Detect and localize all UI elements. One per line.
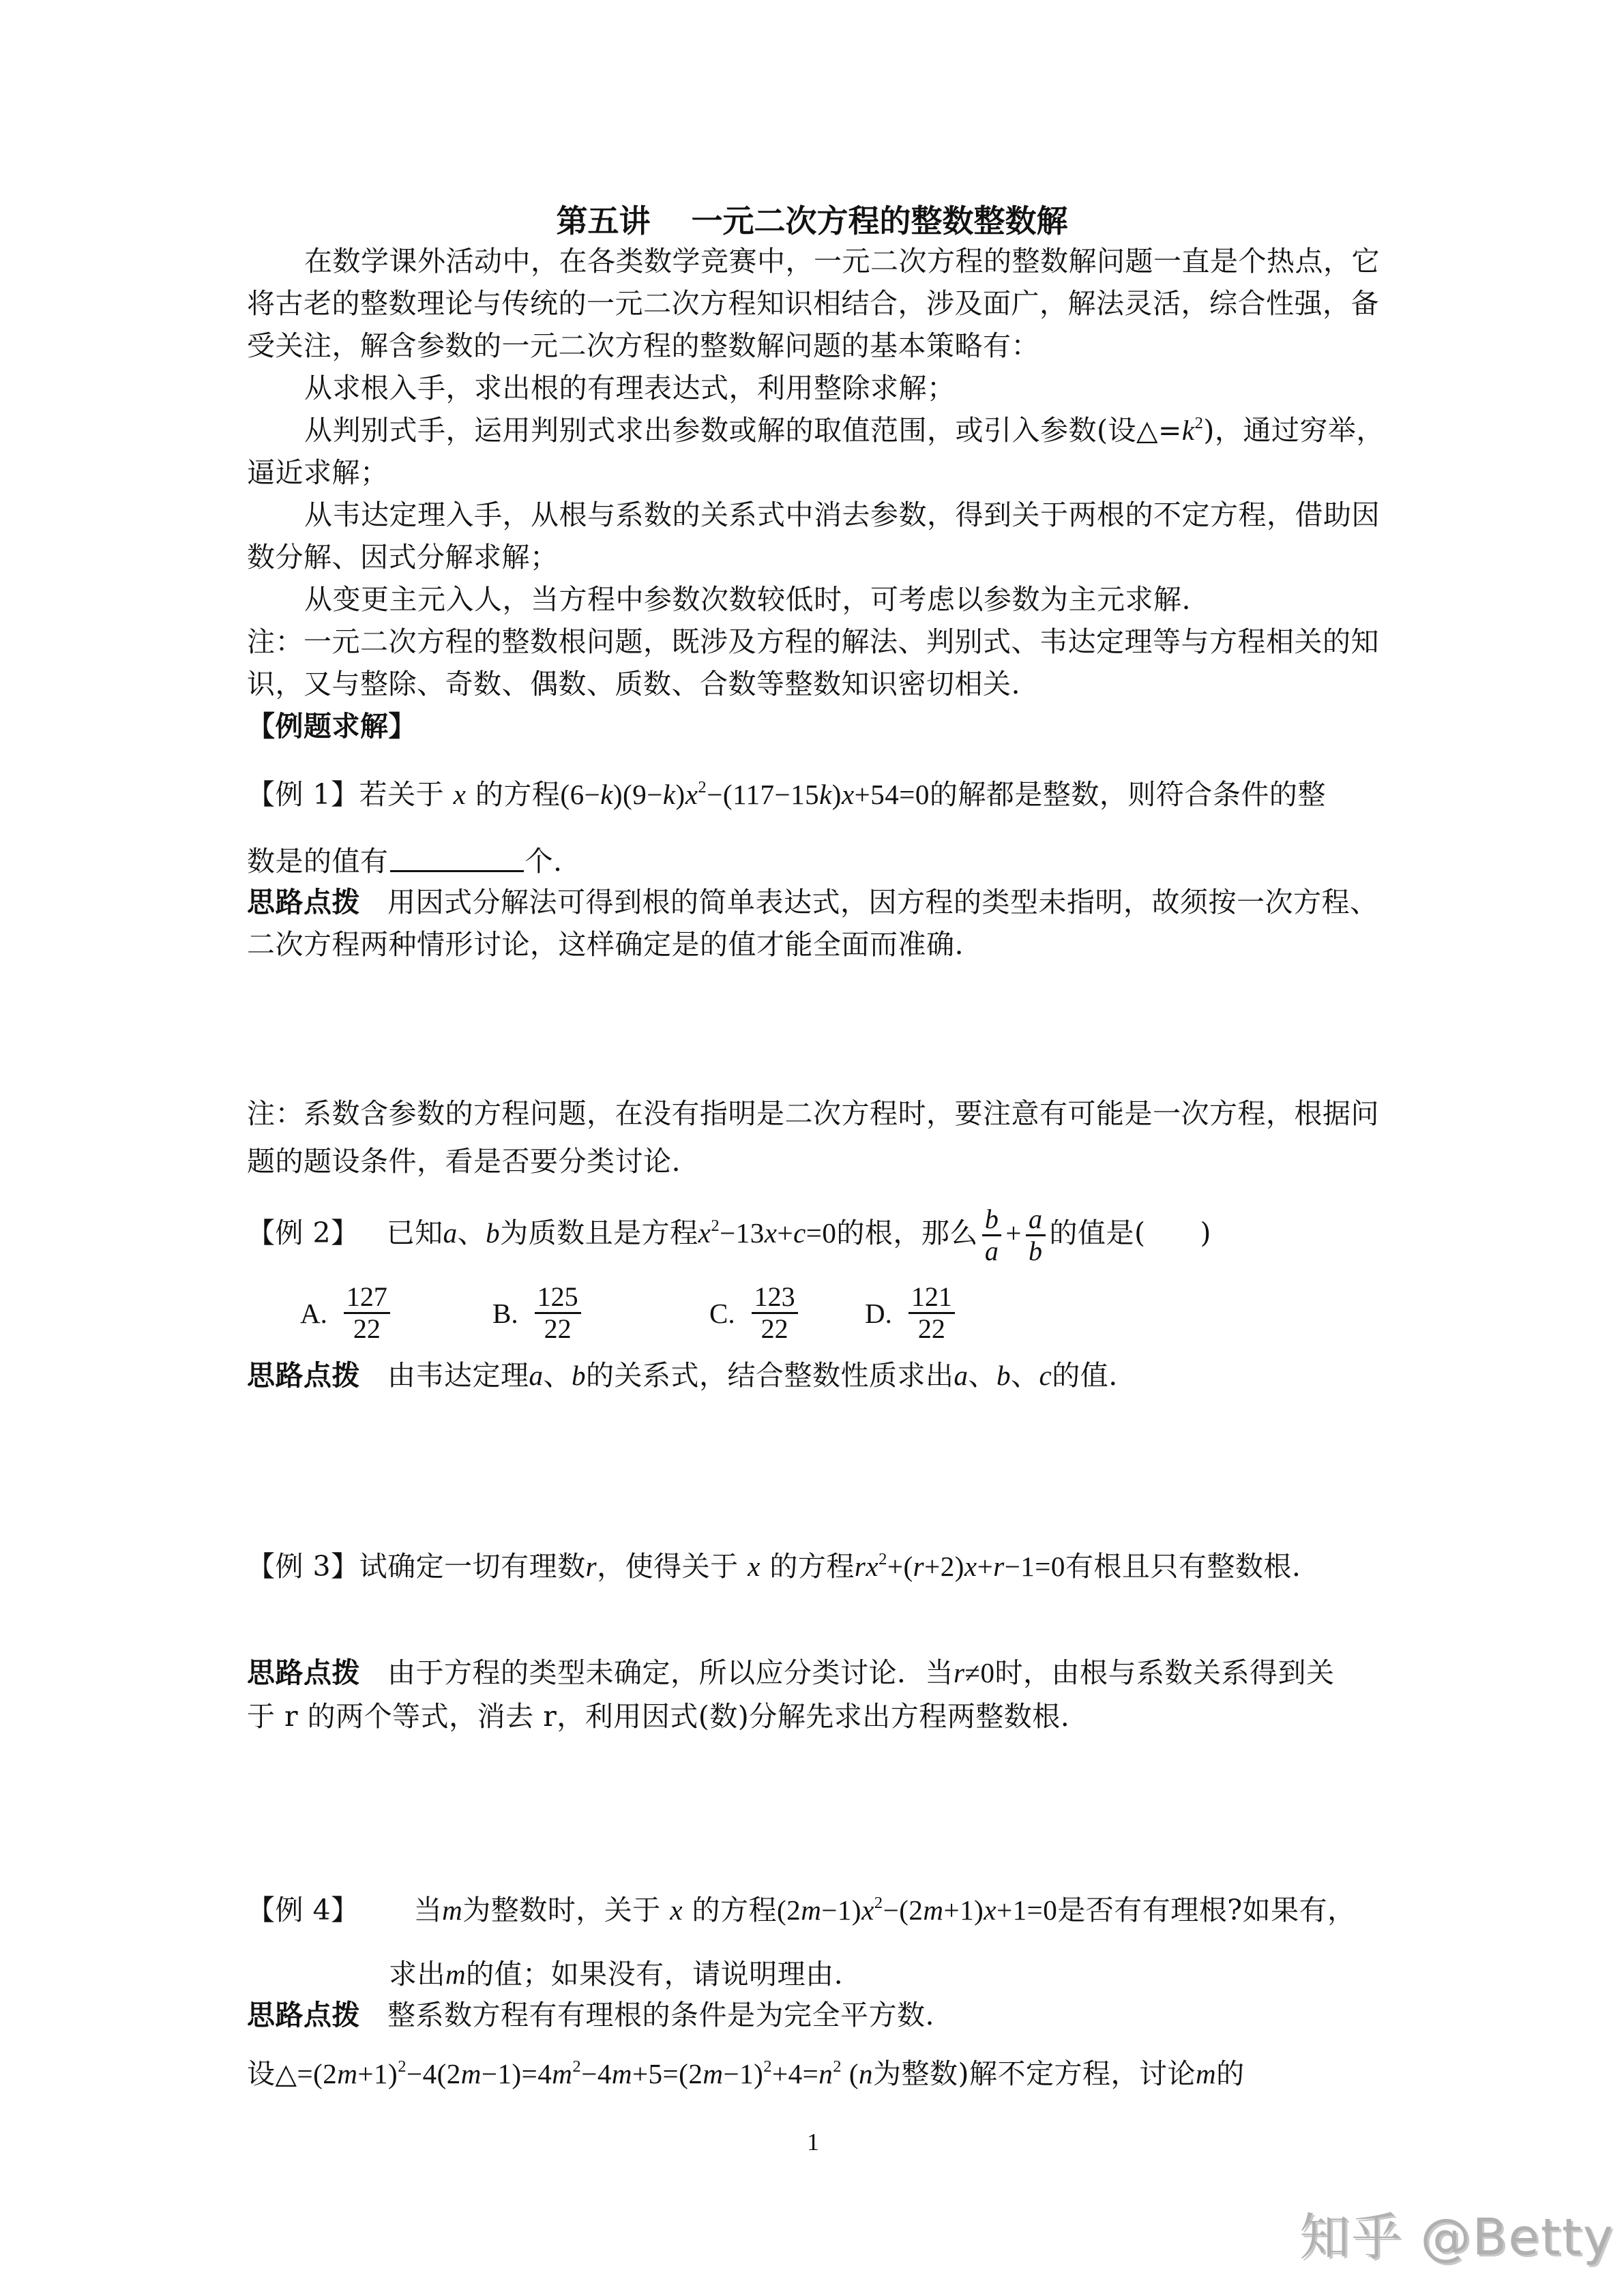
option-label: C. xyxy=(709,1297,735,1330)
fraction-b-over-a: ba xyxy=(982,1204,1002,1266)
text: 、 xyxy=(458,1217,486,1249)
eq-part: −(117−15 xyxy=(707,779,819,810)
eq-part: +2) xyxy=(924,1551,964,1582)
text: 已知 xyxy=(387,1217,443,1249)
option-fraction: 12322 xyxy=(752,1282,798,1344)
var: x xyxy=(685,779,698,810)
strategy-1: 从求根入手，求出根的有理表达式，利用整除求解； xyxy=(304,371,1376,405)
var: a xyxy=(529,1360,544,1391)
note-2-line-2: 题的题设条件，看是否要分类讨论. xyxy=(247,1144,1376,1178)
numerator: 123 xyxy=(752,1282,798,1314)
eq-part: −1) xyxy=(723,2058,763,2089)
text: ) xyxy=(1200,1217,1212,1249)
eq-part: −(2 xyxy=(883,1894,924,1926)
var: b xyxy=(996,1360,1011,1391)
var: x xyxy=(698,1217,711,1249)
lecture-number: 第五讲 xyxy=(557,203,651,239)
watermark: 知乎 @Betty xyxy=(1299,2197,1614,2269)
var: m xyxy=(442,1894,462,1926)
strategy-2-cont: 逼近求解； xyxy=(247,456,1376,490)
denominator: 22 xyxy=(544,1314,572,1344)
option-d[interactable]: D. 12122 xyxy=(865,1282,959,1344)
text: 求出 xyxy=(389,1958,445,1991)
numerator: 125 xyxy=(535,1282,581,1314)
text: )，通过穷举， xyxy=(1203,414,1385,447)
text: 数是的值有 xyxy=(247,845,389,878)
intro-line-3: 受关注，解含参数的一元二次方程的整数解问题的基本策略有： xyxy=(247,329,1376,363)
option-label: D. xyxy=(865,1297,892,1330)
equation: (2m−1)x2−(2m+1)x+1=0 xyxy=(777,1894,1057,1926)
hint-label: 思路点拨 xyxy=(247,886,360,919)
sup: 2 xyxy=(698,778,707,796)
answer-blank[interactable] xyxy=(390,844,524,872)
strategy-2: 从判别式手，运用判别式求出参数或解的取值范围，或引入参数(设△=k2)，通过穷举… xyxy=(304,413,1376,447)
text: 的方程 xyxy=(692,1894,778,1926)
var: x xyxy=(842,779,855,810)
hint-label: 思路点拨 xyxy=(247,1999,360,2031)
strategy-3-cont: 数分解、因式分解求解； xyxy=(247,540,1376,574)
option-fraction: 12122 xyxy=(909,1282,955,1344)
text: 由于方程的类型未确定，所以应分类讨论．当 xyxy=(387,1656,954,1689)
eq-part: +54=0 xyxy=(855,779,930,810)
var: k xyxy=(1182,415,1195,446)
eq-part: −4(2 xyxy=(407,2058,461,2089)
text: 试确定一切有理数 xyxy=(359,1550,586,1583)
var: a xyxy=(443,1217,458,1249)
sup: 2 xyxy=(572,2057,581,2076)
sup: 2 xyxy=(1195,414,1204,432)
text: 的解都是整数，则符合条件的整 xyxy=(930,778,1326,811)
text: 时，由根与系数关系得到关 xyxy=(994,1656,1334,1689)
option-fraction: 12522 xyxy=(535,1282,581,1344)
eq-part: +5=(2 xyxy=(632,2058,703,2089)
page-number: 1 xyxy=(807,2128,819,2156)
example-label: 【例 3】 xyxy=(247,1550,359,1583)
example-1-question-cont: 数是的值有个. xyxy=(247,844,1376,878)
var: m xyxy=(461,2058,482,2089)
var: b xyxy=(572,1360,586,1391)
sup: 2 xyxy=(833,2057,842,2076)
eq-part: −1=0 xyxy=(1005,1551,1065,1582)
var: n xyxy=(818,2058,833,2089)
text: 整系数方程有有理根的条件是为完全平方数. xyxy=(387,1999,934,2031)
text: 若关于 xyxy=(359,778,445,811)
example-label: 【例 1】 xyxy=(247,778,359,811)
var: c xyxy=(1039,1360,1052,1391)
var: m xyxy=(612,2058,632,2089)
text: 的方程 xyxy=(475,778,561,811)
eq-part: +1) xyxy=(943,1894,984,1926)
var: x xyxy=(984,1894,996,1926)
example-1-hint-cont: 二次方程两种情形讨论，这样确定是的值才能全面而准确. xyxy=(247,927,1376,961)
eq-part: +( xyxy=(887,1551,913,1582)
text: 由韦达定理 xyxy=(387,1359,529,1392)
section-heading: 【例题求解】 xyxy=(247,709,1376,743)
eq-part: + xyxy=(977,1551,994,1582)
plus: + xyxy=(1005,1217,1022,1249)
strategy-4: 从变更主元入人，当方程中参数次数较低时，可考虑以参数为主元求解. xyxy=(304,582,1376,616)
example-4-derivation: 设△=(2m+1)2−4(2m−1)=4m2−4m+5=(2m−1)2+4=n2… xyxy=(247,2057,1376,2091)
denominator: b xyxy=(1029,1236,1043,1266)
var: r xyxy=(586,1551,597,1582)
text: 、 xyxy=(544,1359,572,1392)
var: m xyxy=(445,1958,466,1990)
var: r xyxy=(954,1657,964,1688)
equation: (6−k)(9−k)x2−(117−15k)x+54=0 xyxy=(560,779,929,810)
eq-part: (6− xyxy=(560,779,600,810)
hint-label: 思路点拨 xyxy=(247,1359,360,1392)
var: n xyxy=(859,2058,873,2089)
intro-line-2: 将古老的整数理论与传统的一元二次方程知识相结合，涉及面广，解法灵活，综合性强，备 xyxy=(247,286,1376,320)
var: x xyxy=(454,779,467,810)
example-3-hint-cont: 于 r 的两个等式，消去 r，利用因式(数)分解先求出方程两整数根. xyxy=(247,1699,1376,1733)
equation: x2−13x+c=0 xyxy=(698,1217,837,1249)
text: 的关系式，结合整数性质求出 xyxy=(586,1359,954,1392)
option-label: A. xyxy=(300,1297,327,1330)
example-2-hint: 思路点拨由韦达定理a、b的关系式，结合整数性质求出a、b、c的值. xyxy=(247,1358,1376,1392)
text: 个. xyxy=(525,845,563,878)
strategy-3: 从韦达定理入手，从根与系数的关系式中消去参数，得到关于两根的不定方程，借助因 xyxy=(304,498,1376,532)
option-label: B. xyxy=(492,1297,518,1330)
var: c xyxy=(793,1217,806,1249)
example-label: 【例 2】 xyxy=(247,1217,359,1249)
fraction-a-over-b: ab xyxy=(1026,1204,1046,1266)
note-1-line-2: 识，又与整除、奇数、偶数、质数、合数等整数知识密切相关. xyxy=(247,667,1376,701)
example-3-question: 【例 3】试确定一切有理数r，使得关于 x 的方程rx2+(r+2)x+r−1=… xyxy=(247,1549,1376,1583)
page-title: 第五讲一元二次方程的整数整数解 xyxy=(0,196,1624,241)
text: 有根且只有整数根. xyxy=(1065,1550,1301,1583)
var: b xyxy=(486,1217,500,1249)
var: m xyxy=(703,2058,723,2089)
option-a[interactable]: A. 12722 xyxy=(300,1282,394,1344)
lecture-topic: 一元二次方程的整数整数解 xyxy=(692,203,1068,239)
hint-label: 思路点拨 xyxy=(247,1656,360,1689)
equation: rx2+(r+2)x+r−1=0 xyxy=(855,1551,1065,1582)
example-1-question: 【例 1】若关于 x 的方程(6−k)(9−k)x2−(117−15k)x+54… xyxy=(247,777,1376,811)
option-c[interactable]: C. 12322 xyxy=(709,1282,802,1344)
sup: 2 xyxy=(763,2057,772,2076)
eq-part: −1) xyxy=(821,1894,861,1926)
var: r xyxy=(913,1551,924,1582)
text: 的值；如果没有，请说明理由. xyxy=(466,1958,843,1991)
text: 从判别式手，运用判别式求出参数或解的取值范围，或引入参数(设△= xyxy=(304,414,1182,447)
var: x xyxy=(866,1551,879,1582)
var: x xyxy=(748,1551,761,1582)
text: 的 xyxy=(1216,2057,1245,2090)
text: 的值是( xyxy=(1050,1217,1146,1249)
eq-part: ) xyxy=(676,779,685,810)
text: 的方程 xyxy=(769,1550,855,1583)
eq-part: (2 xyxy=(777,1894,801,1926)
note-1-line-1: 注：一元二次方程的整数根问题，既涉及方程的解法、判别式、韦达定理等与方程相关的知 xyxy=(247,625,1376,659)
text: 为整数)解不定方程，讨论 xyxy=(873,2057,1196,2090)
eq-part: + xyxy=(777,1217,793,1249)
example-4-hint: 思路点拨整系数方程有有理根的条件是为完全平方数. xyxy=(247,1998,1376,2032)
numerator: 127 xyxy=(344,1282,390,1314)
text: 的值. xyxy=(1052,1359,1118,1392)
var: x xyxy=(964,1551,977,1582)
example-2-question: 【例 2】已知a、b为质数且是方程x2−13x+c=0的根，那么ba+ab的值是… xyxy=(247,1204,1376,1266)
example-1-hint: 思路点拨用因式分解法可得到根的简单表达式，因方程的类型未指明，故须按一次方程、 xyxy=(247,885,1376,919)
eq-part: +1=0 xyxy=(996,1894,1057,1926)
eq-part: =0 xyxy=(806,1217,837,1249)
text: 用因式分解法可得到根的简单表达式，因方程的类型未指明，故须按一次方程、 xyxy=(387,886,1378,919)
denominator: a xyxy=(985,1236,999,1266)
var: m xyxy=(1196,2058,1216,2089)
var: m xyxy=(801,1894,821,1926)
eq-part: −13 xyxy=(720,1217,765,1249)
eq-part: −4 xyxy=(581,2058,612,2089)
intro-line-1: 在数学课外活动中，在各类数学竞赛中，一元二次方程的整数解问题一直是个热点，它 xyxy=(304,244,1376,278)
eq-part: ≠0 xyxy=(964,1657,994,1688)
numerator: 121 xyxy=(909,1282,955,1314)
eq-part: +1) xyxy=(357,2058,398,2089)
var: m xyxy=(552,2058,572,2089)
eq-part: −1)=4 xyxy=(482,2058,552,2089)
var: x xyxy=(861,1894,874,1926)
var: r xyxy=(855,1551,866,1582)
text: 是否有有理根?如果有， xyxy=(1057,1894,1355,1926)
var: x xyxy=(765,1217,778,1249)
text: 当 xyxy=(414,1894,443,1926)
var: m xyxy=(923,1894,943,1926)
text: 的根，那么 xyxy=(836,1217,978,1249)
text: 为质数且是方程 xyxy=(500,1217,698,1249)
equation: 设△=(2m+1)2−4(2m−1)=4m2−4m+5=(2m−1)2+4=n2… xyxy=(247,2058,873,2089)
sup: 2 xyxy=(879,1550,887,1568)
denominator: 22 xyxy=(918,1314,945,1344)
denominator: 22 xyxy=(353,1314,381,1344)
text: 、 xyxy=(1011,1359,1039,1392)
example-3-hint: 思路点拨由于方程的类型未确定，所以应分类讨论．当r≠0时，由根与系数关系得到关 xyxy=(247,1656,1376,1690)
sup: 2 xyxy=(874,1894,883,1912)
eq-part: 设△=(2 xyxy=(247,2058,337,2089)
option-b[interactable]: B. 12522 xyxy=(492,1282,585,1344)
text: 、 xyxy=(969,1359,997,1392)
eq-part: ( xyxy=(849,2058,859,2089)
note-2-line-1: 注：系数含参数的方程问题，在没有指明是二次方程时，要注意有可能是一次方程，根据问 xyxy=(247,1097,1376,1131)
var: a xyxy=(954,1360,969,1391)
var: k xyxy=(819,779,832,810)
numerator: a xyxy=(1026,1204,1046,1236)
denominator: 22 xyxy=(761,1314,788,1344)
sup: 2 xyxy=(398,2057,407,2076)
var: r xyxy=(993,1551,1004,1582)
eq-part: +4= xyxy=(772,2058,818,2089)
eq-part: ) xyxy=(832,779,842,810)
eq-part: )(9− xyxy=(613,779,663,810)
var: x xyxy=(670,1894,683,1926)
sup: 2 xyxy=(711,1217,720,1235)
numerator: b xyxy=(982,1204,1002,1236)
text: 为整数时，关于 xyxy=(462,1894,661,1926)
var: k xyxy=(600,779,613,810)
example-4-question-cont: 求出m的值；如果没有，请说明理由. xyxy=(389,1957,1518,1991)
example-label: 【例 4】 xyxy=(247,1894,359,1926)
example-4-question: 【例 4】当m为整数时，关于 x 的方程(2m−1)x2−(2m+1)x+1=0… xyxy=(247,1893,1376,1927)
option-fraction: 12722 xyxy=(344,1282,390,1344)
var: k xyxy=(663,779,676,810)
var: m xyxy=(337,2058,357,2089)
text: ，使得关于 xyxy=(597,1550,739,1583)
